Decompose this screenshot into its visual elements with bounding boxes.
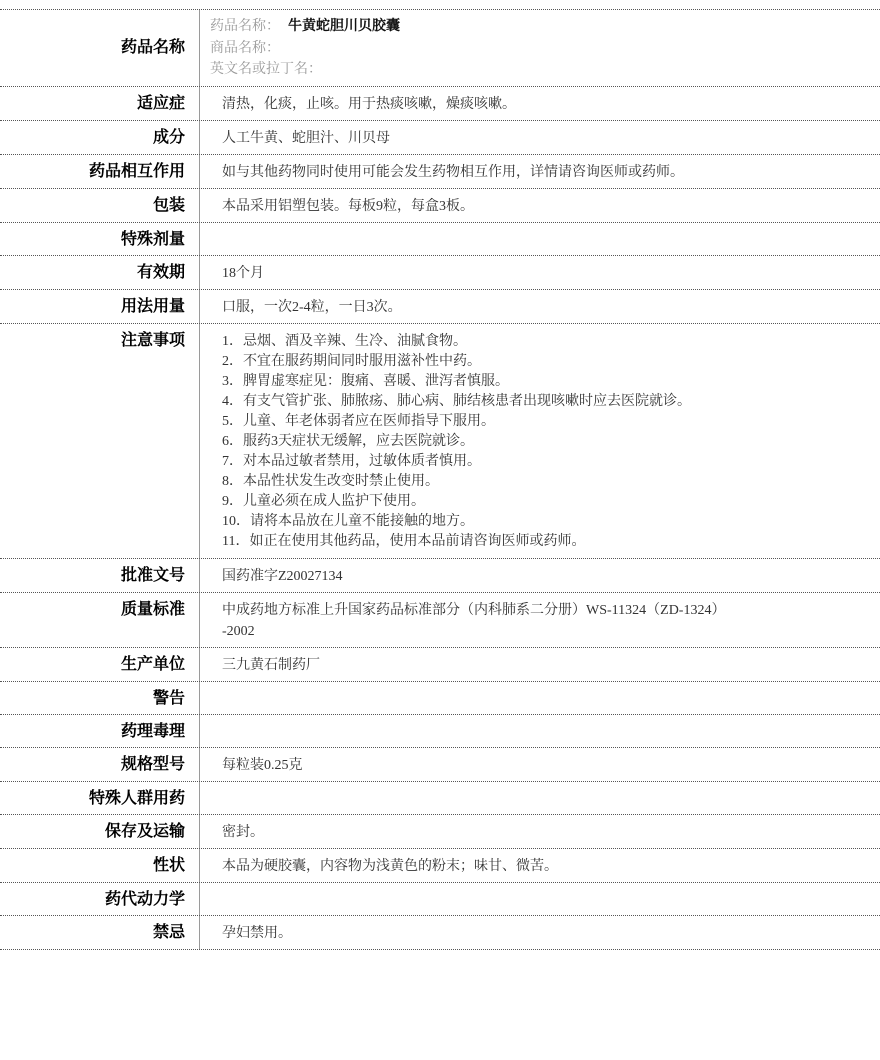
row-label: 注意事项 xyxy=(0,324,200,558)
row-label: 禁忌 xyxy=(0,916,200,949)
precaution-item: 5．儿童、年老体弱者应在医师指导下服用。 xyxy=(222,412,870,432)
row-value xyxy=(200,223,880,255)
row-interactions: 药品相互作用 如与其他药物同时使用可能会发生药物相互作用，详情请咨询医师或药师。 xyxy=(0,155,880,189)
quality-standard-text: 中成药地方标准上升国家药品标准部分（内科肺系二分册）WS-11324（ZD-13… xyxy=(222,600,725,642)
row-shelf-life: 有效期 18个月 xyxy=(0,256,880,290)
row-value xyxy=(200,682,880,714)
row-label: 包装 xyxy=(0,189,200,222)
row-packaging: 包装 本品采用铝塑包装。每板9粒，每盒3板。 xyxy=(0,189,880,223)
row-ingredients: 成分 人工牛黄、蛇胆汁、川贝母 xyxy=(0,121,880,155)
row-value: 药品名称：牛黄蛇胆川贝胶囊 商品名称： 英文名或拉丁名： xyxy=(200,10,880,86)
row-storage: 保存及运输 密封。 xyxy=(0,815,880,849)
row-value: 本品为硬胶囊，内容物为浅黄色的粉末；味甘、微苦。 xyxy=(200,849,880,882)
field-label-latin-name: 英文名或拉丁名： xyxy=(210,62,322,77)
trade-name-field: 商品名称： xyxy=(210,38,870,60)
row-label: 生产单位 xyxy=(0,648,200,681)
row-warning: 警告 xyxy=(0,682,880,715)
row-value: 密封。 xyxy=(200,815,880,848)
precaution-item: 6．服药3天症状无缓解，应去医院就诊。 xyxy=(222,432,870,452)
row-value: 本品采用铝塑包装。每板9粒，每盒3板。 xyxy=(200,189,880,222)
row-specification: 规格型号 每粒装0.25克 xyxy=(0,748,880,782)
precaution-item: 7．对本品过敏者禁用，过敏体质者慎用。 xyxy=(222,452,870,472)
row-value: 孕妇禁用。 xyxy=(200,916,880,949)
row-precautions: 注意事项 1．忌烟、酒及辛辣、生冷、油腻食物。 2．不宜在服药期间同时服用滋补性… xyxy=(0,324,880,559)
row-value: 中成药地方标准上升国家药品标准部分（内科肺系二分册）WS-11324（ZD-13… xyxy=(200,593,880,647)
row-label: 药品相互作用 xyxy=(0,155,200,188)
row-special-dosage: 特殊剂量 xyxy=(0,223,880,256)
row-label: 药理毒理 xyxy=(0,715,200,747)
field-label-trade-name: 商品名称： xyxy=(210,41,280,56)
row-special-populations: 特殊人群用药 xyxy=(0,782,880,815)
field-label-drug-name: 药品名称： xyxy=(210,19,280,34)
row-value: 每粒装0.25克 xyxy=(200,748,880,781)
row-drug-name: 药品名称 药品名称：牛黄蛇胆川贝胶囊 商品名称： 英文名或拉丁名： xyxy=(0,10,880,87)
precaution-item: 2．不宜在服药期间同时服用滋补性中药。 xyxy=(222,352,870,372)
row-label: 警告 xyxy=(0,682,200,714)
row-value: 清热，化痰，止咳。用于热痰咳嗽，燥痰咳嗽。 xyxy=(200,87,880,120)
row-indications: 适应症 清热，化痰，止咳。用于热痰咳嗽，燥痰咳嗽。 xyxy=(0,87,880,121)
row-value xyxy=(200,782,880,814)
drug-info-table: 药品名称 药品名称：牛黄蛇胆川贝胶囊 商品名称： 英文名或拉丁名： 适应症 清热… xyxy=(0,9,880,950)
drug-name-field: 药品名称：牛黄蛇胆川贝胶囊 xyxy=(210,16,870,38)
row-label: 用法用量 xyxy=(0,290,200,323)
row-value: 三九黄石制药厂 xyxy=(200,648,880,681)
row-value: 口服，一次2-4粒，一日3次。 xyxy=(200,290,880,323)
precaution-item: 10．请将本品放在儿童不能接触的地方。 xyxy=(222,512,870,532)
row-label: 成分 xyxy=(0,121,200,154)
row-value: 18个月 xyxy=(200,256,880,289)
row-label: 特殊人群用药 xyxy=(0,782,200,814)
row-contraindications: 禁忌 孕妇禁用。 xyxy=(0,916,880,950)
latin-name-field: 英文名或拉丁名： xyxy=(210,59,870,81)
precaution-item: 9．儿童必须在成人监护下使用。 xyxy=(222,492,870,512)
row-pharmacology: 药理毒理 xyxy=(0,715,880,748)
row-manufacturer: 生产单位 三九黄石制药厂 xyxy=(0,648,880,682)
row-value: 1．忌烟、酒及辛辣、生冷、油腻食物。 2．不宜在服药期间同时服用滋补性中药。 3… xyxy=(200,324,880,558)
row-dosage: 用法用量 口服，一次2-4粒，一日3次。 xyxy=(0,290,880,324)
row-value xyxy=(200,715,880,747)
row-label: 药品名称 xyxy=(0,10,200,86)
row-label: 药代动力学 xyxy=(0,883,200,915)
row-properties: 性状 本品为硬胶囊，内容物为浅黄色的粉末；味甘、微苦。 xyxy=(0,849,880,883)
row-quality-standard: 质量标准 中成药地方标准上升国家药品标准部分（内科肺系二分册）WS-11324（… xyxy=(0,593,880,648)
precaution-item: 11．如正在使用其他药品，使用本品前请咨询医师或药师。 xyxy=(222,532,870,552)
precaution-item: 4．有支气管扩张、肺脓疡、肺心病、肺结核患者出现咳嗽时应去医院就诊。 xyxy=(222,392,870,412)
drug-name-value: 牛黄蛇胆川贝胶囊 xyxy=(288,19,400,34)
precaution-item: 8．本品性状发生改变时禁止使用。 xyxy=(222,472,870,492)
row-label: 有效期 xyxy=(0,256,200,289)
row-value: 如与其他药物同时使用可能会发生药物相互作用，详情请咨询医师或药师。 xyxy=(200,155,880,188)
row-label: 批准文号 xyxy=(0,559,200,592)
row-pharmacokinetics: 药代动力学 xyxy=(0,883,880,916)
row-value xyxy=(200,883,880,915)
row-label: 特殊剂量 xyxy=(0,223,200,255)
row-label: 适应症 xyxy=(0,87,200,120)
row-label: 规格型号 xyxy=(0,748,200,781)
row-approval-number: 批准文号 国药准字Z20027134 xyxy=(0,559,880,593)
row-value: 人工牛黄、蛇胆汁、川贝母 xyxy=(200,121,880,154)
precaution-item: 1．忌烟、酒及辛辣、生冷、油腻食物。 xyxy=(222,332,870,352)
row-label: 性状 xyxy=(0,849,200,882)
row-label: 质量标准 xyxy=(0,593,200,647)
precaution-item: 3．脾胃虚寒症见：腹痛、喜暖、泄泻者慎服。 xyxy=(222,372,870,392)
row-label: 保存及运输 xyxy=(0,815,200,848)
row-value: 国药准字Z20027134 xyxy=(200,559,880,592)
